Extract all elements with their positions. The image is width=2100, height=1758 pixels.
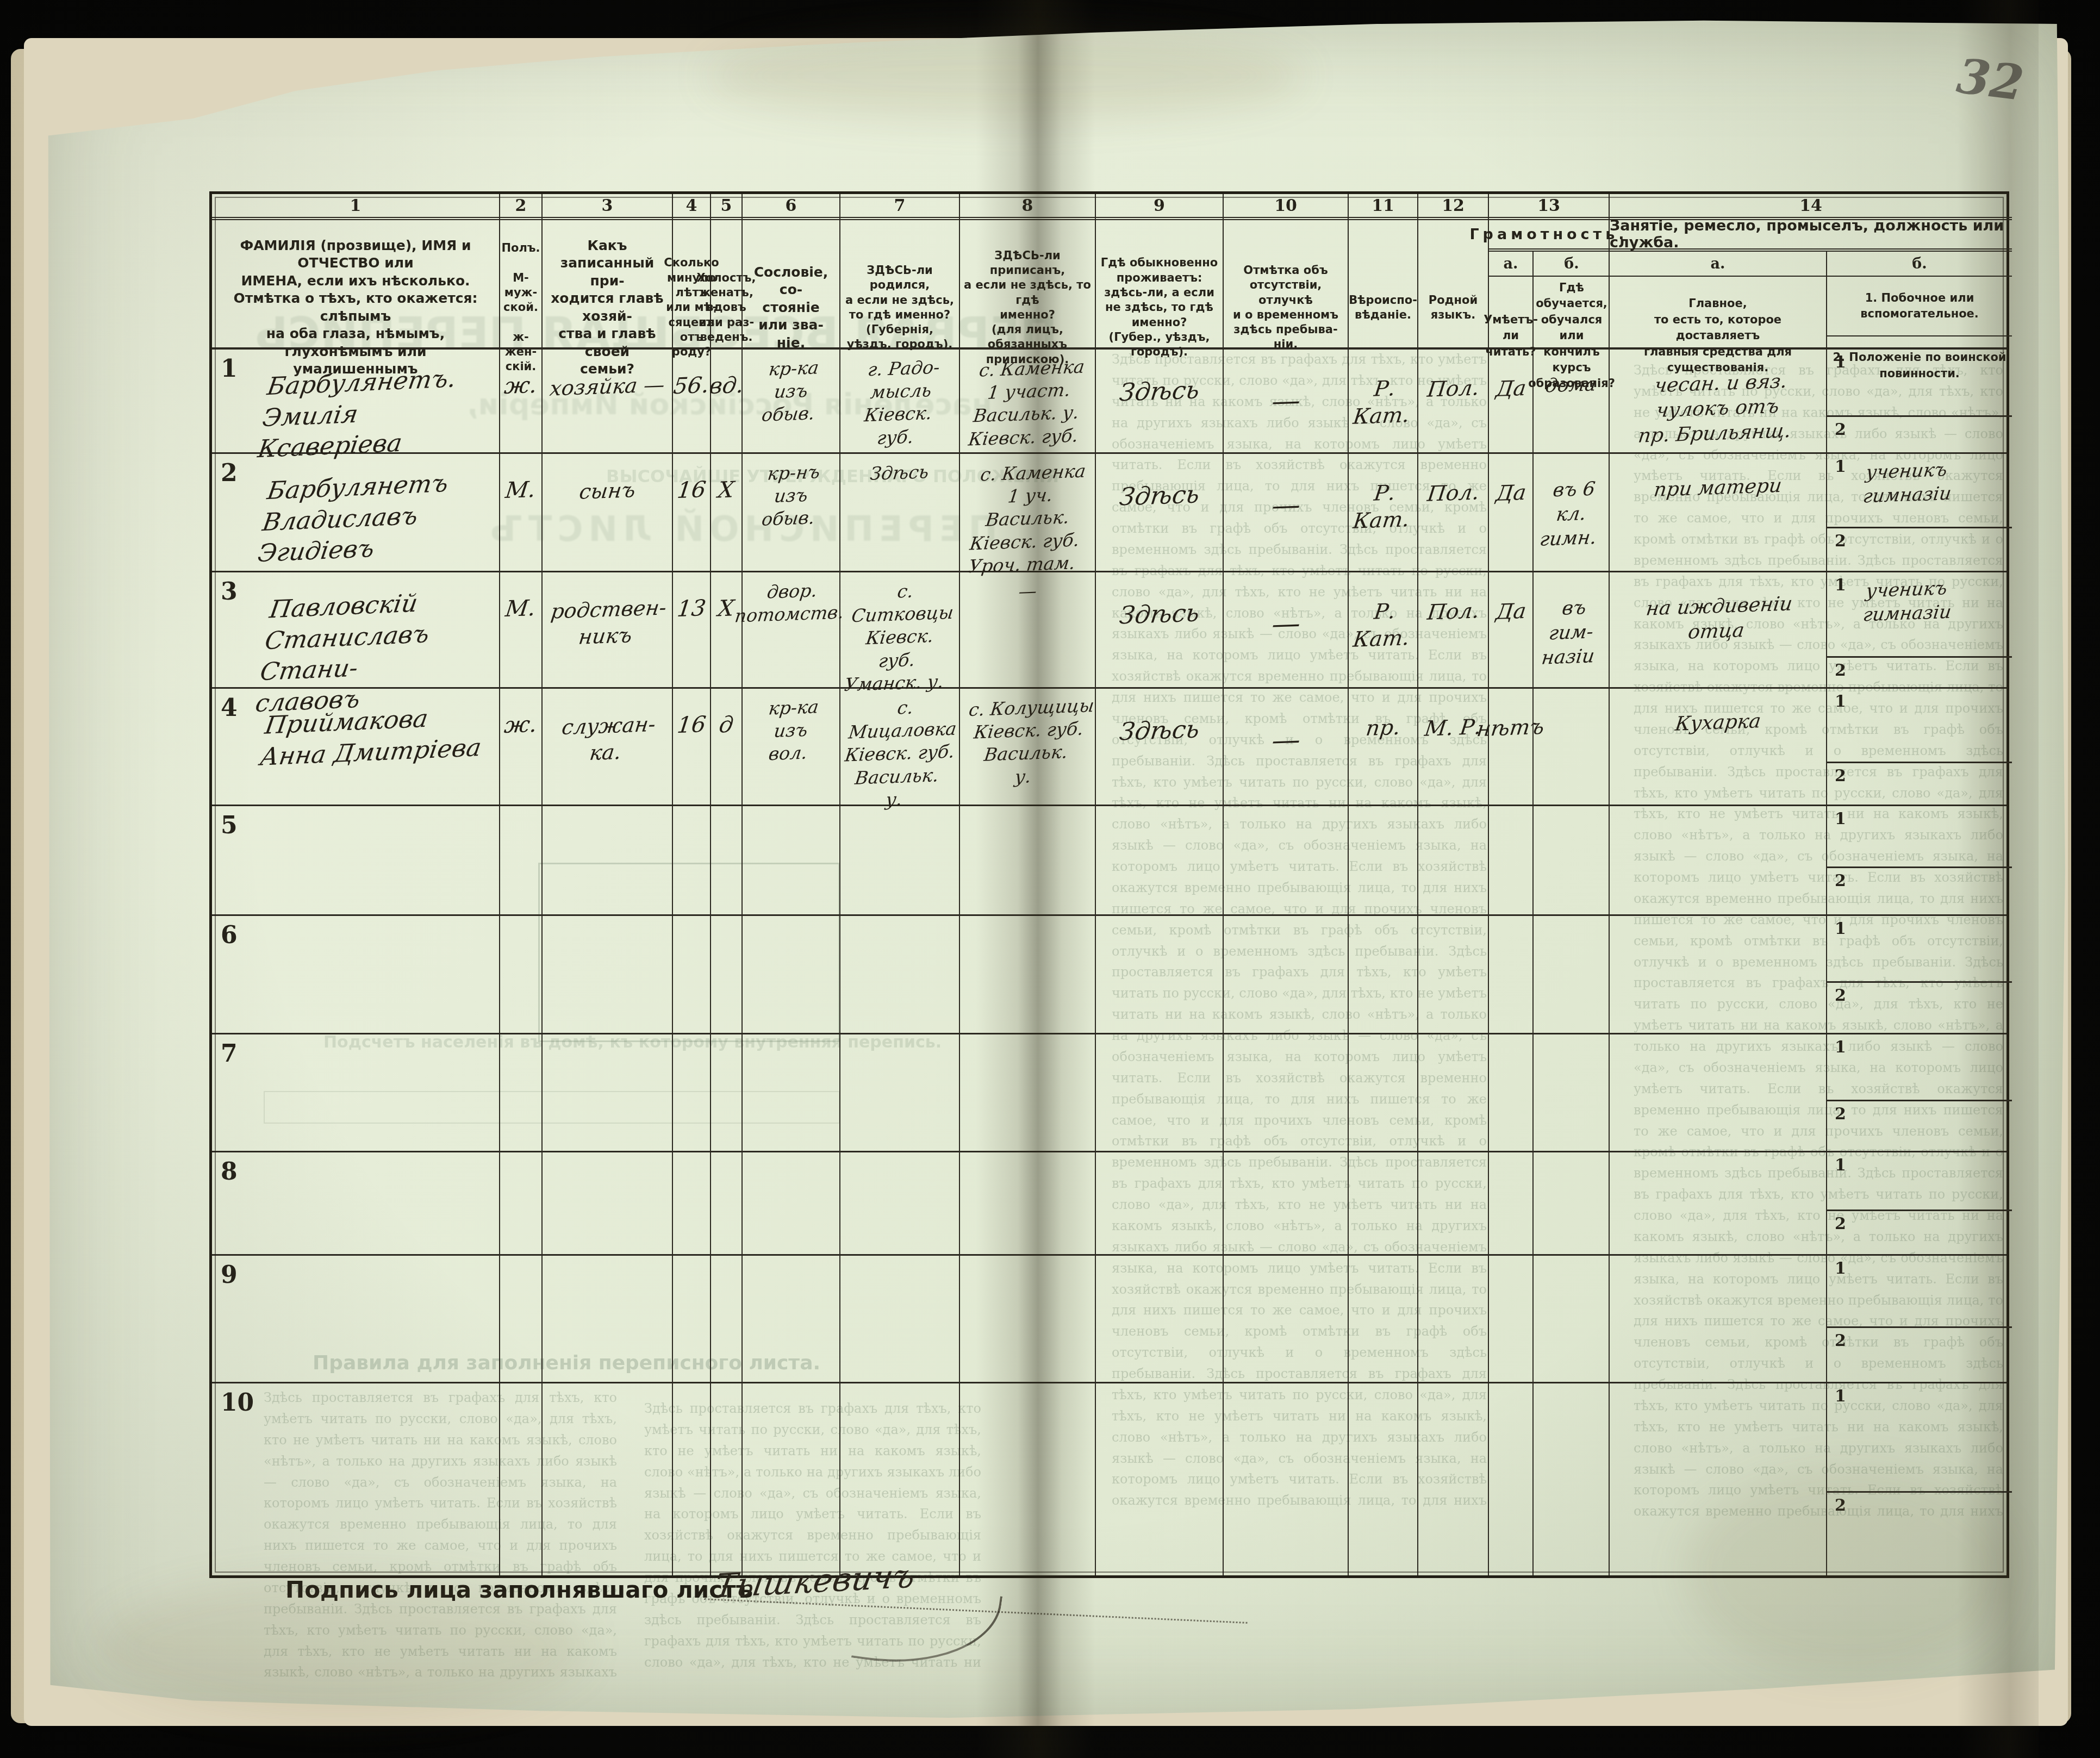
cell-marital (711, 1034, 743, 1151)
handwritten-entry: — (1270, 606, 1301, 643)
cell-lives (1096, 1383, 1224, 1575)
cell-reads: Да (1489, 350, 1534, 467)
military-subcell: 2 (1827, 1210, 2012, 1254)
cell-occupation_side: 12 (1827, 1256, 2012, 1382)
sub-label-a: а. (1610, 252, 1826, 277)
handwritten-entry: д (718, 710, 736, 739)
handwritten-entry: — (1017, 579, 1038, 603)
signature-block: Подпись лица заполнявшаго листъ Тышкевич… (285, 1576, 753, 1603)
cell-absence: — (1224, 454, 1349, 584)
handwritten-entry: Здѣсь (869, 460, 931, 485)
cell-lives: Здѣсь (1096, 350, 1224, 467)
col-number: 14 (1610, 194, 2012, 220)
cell-relation: хозяйка — (543, 350, 673, 467)
cell-educated (1534, 1383, 1610, 1575)
col-number: 7 (840, 194, 959, 220)
cell-marital (711, 1152, 743, 1254)
cell-registered: с. Каменка 1 участ. Васильк. у. Кіевск. … (960, 350, 1096, 467)
printed-subnumber: 1 (1835, 692, 1846, 711)
cell-religion (1349, 1152, 1418, 1254)
handwritten-entry: — (1270, 383, 1301, 420)
cell-educated: дома (1534, 350, 1610, 467)
handwritten-entry: Р. Кат. (1349, 597, 1418, 654)
printed-subnumber: 2 (1835, 871, 1846, 890)
cell-estate (743, 916, 840, 1033)
col-number: 4 (673, 194, 710, 220)
col-number: 1 (212, 194, 499, 220)
cell-lives (1096, 1256, 1224, 1382)
cell-reads (1489, 1256, 1534, 1382)
cell-lives: Здѣсь (1096, 689, 1224, 819)
cell-born (840, 1383, 960, 1575)
cell-sex: ж. (500, 350, 543, 467)
cell-lives (1096, 1034, 1224, 1151)
cell-sex (500, 1034, 543, 1151)
cell-born (840, 1034, 960, 1151)
cell-name: 8 (212, 1152, 500, 1254)
cell-marital: Х (711, 454, 743, 584)
cell-estate (743, 1034, 840, 1151)
cell-occupation_main: при матери (1610, 454, 1827, 584)
cell-name: 6 (212, 916, 500, 1033)
cell-absence (1224, 916, 1349, 1033)
sub-label-b: б. (1827, 252, 2012, 277)
printed-subnumber: 1 (1835, 809, 1846, 828)
cell-lives (1096, 916, 1224, 1033)
cell-age (673, 1152, 711, 1254)
cell-language (1418, 1383, 1489, 1575)
cell-age: 16 (673, 454, 711, 584)
col-number: 13 (1489, 194, 1609, 220)
cell-occupation_side: 12 (1827, 1383, 2012, 1575)
handwritten-entry: 16 (676, 475, 708, 504)
cell-occupation_main (1610, 916, 1827, 1033)
cell-occupation_main (1610, 1256, 1827, 1382)
cell-name: 5 (212, 806, 500, 914)
col-number: 11 (1349, 194, 1417, 220)
cell-marital (711, 916, 743, 1033)
handwritten-entry: М. (504, 594, 538, 623)
printed-subnumber: 1 (1835, 1259, 1846, 1278)
row-number: 3 (221, 578, 238, 606)
handwritten-entry: кр-нъ изъ обыв. (741, 460, 840, 532)
handwritten-entry: Барбулянетъ. Эмилія Ксаверіева (256, 361, 503, 465)
signature-label: Подпись лица заполнявшаго листъ (285, 1576, 753, 1603)
col-number: 3 (543, 194, 672, 220)
cell-religion (1349, 806, 1418, 914)
side-occupation-subcell: 1 (1827, 350, 2012, 415)
handwritten-entry: кр-ка изъ обыв. (741, 356, 840, 427)
cell-educated (1534, 1256, 1610, 1382)
cell-lives (1096, 1152, 1224, 1254)
cell-relation (543, 1034, 673, 1151)
handwritten-entry: М. (504, 475, 538, 504)
handwritten-entry: въ 6 кл. гимн. (1532, 477, 1610, 552)
cell-marital (711, 1256, 743, 1382)
table-row: 612 (212, 916, 2006, 1034)
cell-educated (1534, 1152, 1610, 1254)
handwritten-entry: служан- ка. (557, 711, 657, 767)
printed-subnumber: 1 (1835, 1156, 1846, 1175)
table-row: 1012 (212, 1383, 2006, 1575)
cell-religion (1349, 1034, 1418, 1151)
table-row: 812 (212, 1152, 2006, 1256)
side-occupation-subcell: 1 (1827, 916, 2012, 981)
cell-relation (543, 916, 673, 1033)
cell-estate (743, 1256, 840, 1382)
cell-lives: Здѣсь (1096, 454, 1224, 584)
signature-flourish (851, 1577, 1002, 1678)
cell-born: г. Радо- мысль Кіевск. губ. (840, 350, 960, 467)
cell-relation (543, 1383, 673, 1575)
side-occupation-subcell: 1ученикъ гимназіи (1827, 454, 2012, 527)
side-occupation-subcell: 1 (1827, 1383, 2012, 1491)
cell-estate: кр-ка изъ обыв. (743, 350, 840, 467)
cell-educated (1534, 689, 1610, 819)
cell-name: 9 (212, 1256, 500, 1382)
handwritten-entry: Пол. (1425, 479, 1480, 508)
table-body: 1Барбулянетъ. Эмилія Ксаверіеваж.хозяйка… (212, 350, 2006, 1575)
cell-educated (1534, 916, 1610, 1033)
cell-reads (1489, 806, 1534, 914)
cell-registered (960, 1034, 1096, 1151)
photo-backdrop: ПЕРВАЯ ВСЕОБЩАЯ ПЕРЕПИСЬ населенія Россі… (0, 0, 2100, 1758)
table-row: 512 (212, 806, 2006, 916)
col-number: 5 (711, 194, 741, 220)
handwritten-entry: на иждивеніи отца (1642, 591, 1794, 646)
printed-subnumber: 2 (1835, 1331, 1846, 1350)
handwritten-entry: хозяйка — (548, 371, 666, 402)
handwritten-entry: Кухарка (1674, 709, 1762, 737)
handwritten-entry: Пол. (1425, 597, 1480, 626)
cell-born (840, 806, 960, 914)
cell-language (1418, 1152, 1489, 1254)
cell-born (840, 1256, 960, 1382)
table-row: 4Приймакова Анна Дмитріеваж.служан- ка.1… (212, 689, 2006, 806)
printed-subnumber: 2 (1835, 661, 1846, 680)
handwritten-entry: ученикъ гимназіи (1823, 569, 2016, 628)
cell-absence: — (1224, 689, 1349, 819)
cell-sex (500, 916, 543, 1033)
cell-religion (1349, 1256, 1418, 1382)
handwritten-entry: въ гим- назіи (1532, 595, 1610, 671)
cell-name: 7 (212, 1034, 500, 1151)
census-table: 1 ФАМИЛІЯ (прозвище), ИМЯ и ОТЧЕСТВО или… (209, 191, 2009, 1578)
table-row: 3Павловскій Станиславъ Стани- славовъМ.р… (212, 572, 2006, 689)
handwritten-entry: Р. Кат. (1349, 479, 1418, 535)
cell-born: Здѣсь (840, 454, 960, 584)
handwritten-entry: Да (1494, 375, 1527, 403)
literacy-group-title: Грамотность. (1489, 220, 1609, 252)
cell-born (840, 916, 960, 1033)
cell-registered: с. Каменка 1 уч. Васильк. Кіевск. губ. У… (960, 454, 1096, 584)
cell-registered (960, 806, 1096, 914)
cell-religion (1349, 916, 1418, 1033)
cell-occupation_main: Кухарка (1610, 689, 1827, 819)
printed-subnumber: 2 (1835, 1214, 1846, 1233)
cell-age (673, 1256, 711, 1382)
cell-language: Пол. (1418, 454, 1489, 584)
cell-reads (1489, 916, 1534, 1033)
side-occupation-subcell: 1 (1827, 806, 2012, 866)
cell-educated: въ 6 кл. гимн. (1534, 454, 1610, 584)
handwritten-entry: дома (1544, 372, 1598, 398)
handwritten-entry: ж. (503, 371, 539, 401)
table-row: 2Барбулянетъ Владиславъ ЭгидіевъМ.сынъ16… (212, 454, 2006, 572)
handwritten-entry: 13 (676, 594, 708, 623)
handwritten-entry: ж. (503, 710, 539, 740)
military-subcell: 2 (1827, 981, 2012, 1033)
cell-occupation_main (1610, 1152, 1827, 1254)
cell-sex (500, 806, 543, 914)
printed-subnumber: 2 (1835, 1496, 1846, 1515)
cell-sex: М. (500, 454, 543, 584)
handwritten-entry: — (1270, 487, 1301, 524)
cell-name: 10 (212, 1383, 500, 1575)
handwritten-entry: ученикъ гимназіи (1823, 451, 2016, 510)
cell-born (840, 1152, 960, 1254)
cell-occupation_side: 12 (1827, 916, 2012, 1033)
cell-religion: Р. Кат. (1349, 454, 1418, 584)
cell-born: с. Мицаловка Кіевск. губ. Васильк. у. (840, 689, 960, 819)
side-occupation-subcell: 1 (1827, 1034, 2012, 1100)
handwritten-entry: с. Каменка 1 участ. Васильк. у. Кіевск. … (967, 356, 1088, 451)
sub-label-a: а. (1489, 252, 1532, 277)
col-number: 2 (500, 194, 541, 220)
cell-estate (743, 1152, 840, 1254)
handwritten-entry: Да (1494, 598, 1527, 626)
handwritten-entry: кр-ка изъ вол. (762, 695, 820, 766)
printed-subnumber: 2 (1835, 766, 1846, 786)
cell-marital: д (711, 689, 743, 819)
cell-marital: вд. (711, 350, 743, 467)
cell-absence (1224, 1383, 1349, 1575)
printed-subnumber: 2 (1835, 532, 1846, 551)
table-row: 1Барбулянетъ. Эмилія Ксаверіеваж.хозяйка… (212, 350, 2006, 454)
printed-subnumber: 1 (1835, 919, 1846, 938)
col-number: 12 (1418, 194, 1488, 220)
row-number: 5 (221, 812, 238, 839)
cell-educated (1534, 1034, 1610, 1151)
row-number: 9 (221, 1261, 238, 1289)
military-subcell: 2 (1827, 866, 2012, 914)
side-occupation-subcell: 1 (1827, 689, 2012, 762)
handwritten-entry: Р. Кат. (1349, 375, 1418, 431)
cell-sex (500, 1256, 543, 1382)
cell-occupation_side: 12 (1827, 806, 2012, 914)
handwritten-entry: пр. (1364, 714, 1402, 743)
cell-absence (1224, 1034, 1349, 1151)
cell-age: 56. (673, 350, 711, 467)
cell-occupation_side: 12 (1827, 1034, 2012, 1151)
handwritten-entry: — (1270, 722, 1301, 759)
cell-marital (711, 1383, 743, 1575)
cell-absence (1224, 1152, 1349, 1254)
side-occupation-subcell: 1ученикъ гимназіи (1827, 572, 2012, 656)
cell-language (1418, 916, 1489, 1033)
cell-sex (500, 1152, 543, 1254)
handwritten-entry: Здѣсь (1118, 713, 1201, 747)
handwritten-entry: 56. (672, 371, 711, 401)
cell-occupation_side: 1ученикъ гимназіи2 (1827, 454, 2012, 584)
handwritten-entry: двор. потомств. (734, 578, 849, 628)
handwritten-entry: Барбулянетъ Владиславъ Эгидіевъ (256, 465, 503, 569)
cell-occupation_main (1610, 1383, 1827, 1575)
row-number: 2 (221, 459, 238, 487)
col-number: 6 (743, 194, 839, 220)
cell-language: Пол. (1418, 350, 1489, 467)
cell-occupation_side: 12 (1827, 1152, 2012, 1254)
row-number: 6 (221, 921, 238, 949)
printed-subnumber: 2 (1835, 986, 1846, 1005)
handwritten-entry: г. Радо- мысль Кіевск. губ. (858, 356, 942, 450)
cell-occupation_main (1610, 806, 1827, 914)
military-subcell: 2 (1827, 1100, 2012, 1151)
handwritten-entry: чесан. и вяз. чулокъ отъ пр. Брильянщ. (1637, 369, 1799, 449)
printed-subnumber: 1 (1835, 1038, 1846, 1057)
handwritten-entry: сынъ (577, 477, 637, 505)
handwritten-entry: Приймакова Анна Дмитріева (258, 700, 488, 772)
cell-relation (543, 806, 673, 914)
handwritten-entry: Х (716, 594, 736, 623)
row-number: 8 (221, 1158, 238, 1186)
cell-registered (960, 1256, 1096, 1382)
side-occupation-subcell: 1 (1827, 1152, 2012, 1210)
cell-registered (960, 916, 1096, 1033)
cell-sex: ж. (500, 689, 543, 819)
occupation-group-title: Занятіе, ремесло, промыселъ, должность и… (1610, 220, 2012, 252)
cell-reads (1489, 1383, 1534, 1575)
table-row: 912 (212, 1256, 2006, 1383)
cell-occupation_side: 12 (1827, 350, 2012, 467)
cell-relation: служан- ка. (543, 689, 673, 819)
row-number: 7 (221, 1040, 238, 1068)
cell-relation: сынъ (543, 454, 673, 584)
cell-occupation_main: чесан. и вяз. чулокъ отъ пр. Брильянщ. (1610, 350, 1827, 467)
cell-language (1418, 1256, 1489, 1382)
row-number: 4 (221, 694, 238, 722)
cell-occupation_main (1610, 1034, 1827, 1151)
table-row: 712 (212, 1034, 2006, 1152)
cell-religion (1349, 1383, 1418, 1575)
cell-absence (1224, 1256, 1349, 1382)
side-occupation-subcell: 1 (1827, 1256, 2012, 1326)
cell-estate (743, 1383, 840, 1575)
cell-reads: нѣтъ (1489, 689, 1534, 819)
cell-language: М. Р. (1418, 689, 1489, 819)
military-subcell: 2 (1827, 1491, 2012, 1575)
handwritten-entry: вд. (707, 371, 745, 401)
table-header: 1 ФАМИЛІЯ (прозвище), ИМЯ и ОТЧЕСТВО или… (212, 194, 2006, 350)
cell-reads (1489, 1034, 1534, 1151)
cell-name: 1Барбулянетъ. Эмилія Ксаверіева (212, 350, 500, 467)
col-number: 9 (1096, 194, 1223, 220)
handwritten-entry: с. Колущицы Кіевск. губ. Васильк. у. (959, 694, 1095, 790)
printed-subnumber: 1 (1835, 1387, 1846, 1406)
cell-relation (543, 1152, 673, 1254)
cell-age (673, 1383, 711, 1575)
cell-reads: Да (1489, 454, 1534, 584)
cell-marital (711, 806, 743, 914)
cell-registered: с. Колущицы Кіевск. губ. Васильк. у. (960, 689, 1096, 819)
census-sheet: ПЕРВАЯ ВСЕОБЩАЯ ПЕРЕПИСЬ населенія Россі… (30, 12, 2071, 1730)
row-number: 1 (221, 355, 238, 383)
cell-language (1418, 806, 1489, 914)
cell-occupation_side: 12 (1827, 689, 2012, 819)
cell-religion: пр. (1349, 689, 1418, 819)
handwritten-entry: 16 (676, 710, 708, 739)
printed-subnumber: 2 (1835, 420, 1846, 439)
cell-absence: — (1224, 350, 1349, 467)
row-number: 10 (221, 1389, 254, 1417)
handwritten-entry: М. Р. (1423, 714, 1483, 743)
col-number: 10 (1224, 194, 1348, 220)
handwritten-entry: с. Ситковцы Кіевск. губ. Уманск. у. (836, 578, 963, 696)
cell-estate (743, 806, 840, 914)
printed-subnumber: 2 (1835, 1105, 1846, 1124)
military-subcell: 2 (1827, 1326, 2012, 1382)
cell-age: 16 (673, 689, 711, 819)
cell-estate: кр-ка изъ вол. (743, 689, 840, 819)
handwritten-entry: Здѣсь (1118, 374, 1201, 408)
header-text-side: 1. Побочное или вспомогательное. (1827, 277, 2012, 335)
handwritten-entry: родствен- никъ (546, 594, 668, 651)
cell-registered (960, 1383, 1096, 1575)
cell-relation (543, 1256, 673, 1382)
cell-reads (1489, 1152, 1534, 1254)
sub-label-b: б. (1534, 252, 1610, 277)
cell-lives (1096, 806, 1224, 914)
cell-registered (960, 1152, 1096, 1254)
handwritten-entry: при матери (1653, 473, 1784, 503)
printed-subnumber: 1 (1835, 353, 1846, 372)
pencil-page-number: 32 (1954, 47, 2027, 111)
cell-absence (1224, 806, 1349, 914)
cell-language (1418, 1034, 1489, 1151)
cell-age (673, 916, 711, 1033)
col-number: 8 (960, 194, 1095, 220)
cell-religion: Р. Кат. (1349, 350, 1418, 467)
cell-name: 4Приймакова Анна Дмитріева (212, 689, 500, 819)
handwritten-entry: с. Каменка 1 уч. Васильк. Кіевск. губ. У… (956, 459, 1099, 578)
cell-name: 2Барбулянетъ Владиславъ Эгидіевъ (212, 454, 500, 584)
handwritten-entry: Здѣсь (1118, 597, 1201, 631)
cell-age (673, 806, 711, 914)
handwritten-entry: Здѣсь (1118, 478, 1201, 513)
cell-estate: кр-нъ изъ обыв. (743, 454, 840, 584)
cell-sex (500, 1383, 543, 1575)
handwritten-entry: Пол. (1425, 375, 1480, 403)
cell-age (673, 1034, 711, 1151)
cell-educated (1534, 806, 1610, 914)
handwritten-entry: с. Мицаловка Кіевск. губ. Васильк. у. (836, 694, 963, 813)
handwritten-entry: Да (1494, 479, 1527, 508)
handwritten-entry: Х (716, 476, 736, 504)
